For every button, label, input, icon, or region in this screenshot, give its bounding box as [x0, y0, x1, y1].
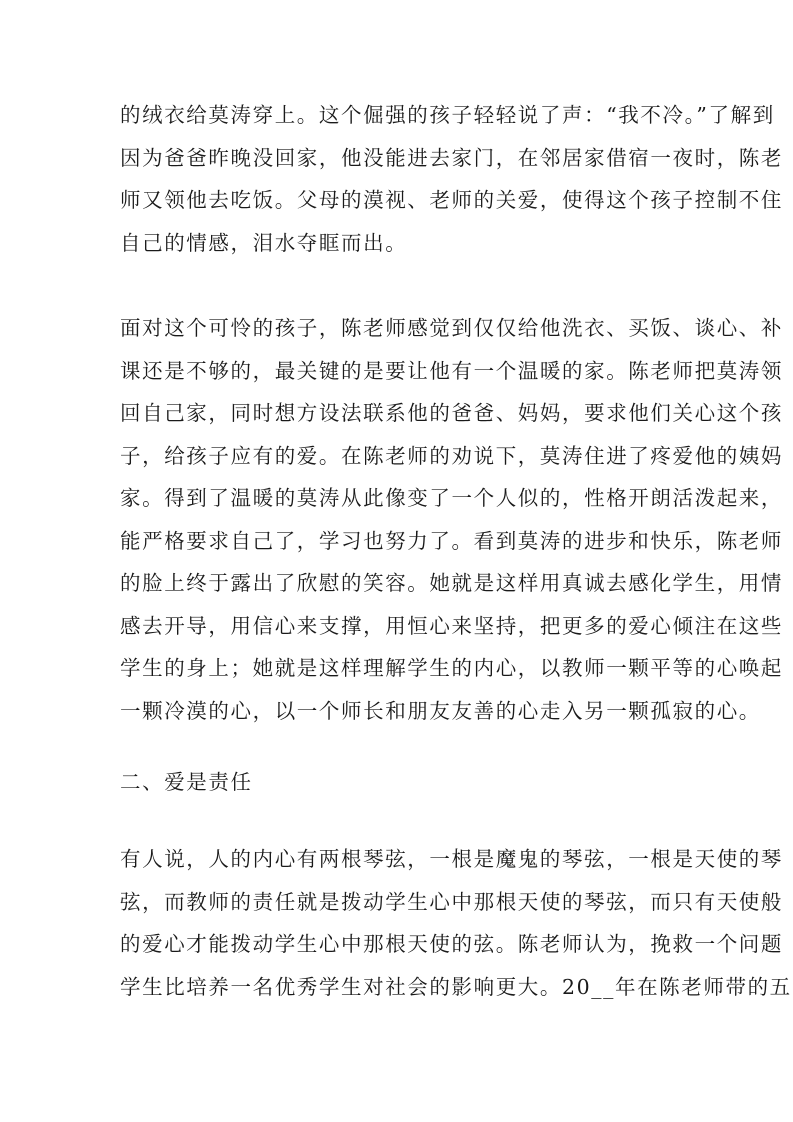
text-line: 自己的情感，泪水夺眶而出。: [120, 229, 676, 257]
text-line: 的脸上终于露出了欣慰的笑容。她就是这样用真诚去感化学生，用情: [120, 569, 676, 597]
text-line: 回自己家，同时想方设法联系他的爸爸、妈妈，要求他们关心这个孩: [120, 399, 676, 427]
document-page: 的绒衣给莫涛穿上。这个倔强的孩子轻轻说了声：“我不冷。”了解到 因为爸爸昨晚没回…: [0, 0, 793, 1122]
text-line: 家。得到了温暖的莫涛从此像变了一个人似的，性格开朗活泼起来，: [120, 484, 676, 512]
text-line: 学生比培养一名优秀学生对社会的影响更大。20__年在陈老师带的五: [120, 973, 676, 1001]
text-line: 一颗冷漠的心，以一个师长和朋友友善的心走入另一颗孤寂的心。: [120, 697, 676, 725]
text-line: 因为爸爸昨晚没回家，他没能进去家门，在邻居家借宿一夜时，陈老: [120, 144, 676, 172]
text-line: 子，给孩子应有的爱。在陈老师的劝说下，莫涛住进了疼爱他的姨妈: [120, 442, 676, 470]
text-line: 能严格要求自己了，学习也努力了。看到莫涛的进步和快乐，陈老师: [120, 527, 676, 555]
text-line: 感去开导，用信心来支撑，用恒心来坚持，把更多的爱心倾注在这些: [120, 612, 676, 640]
heading-text: 二、爱是责任: [120, 768, 676, 796]
text-line: 弦，而教师的责任就是拨动学生心中那根天使的琴弦，而只有天使般: [120, 888, 676, 916]
text-line: 的绒衣给莫涛穿上。这个倔强的孩子轻轻说了声：“我不冷。”了解到: [120, 101, 676, 129]
text-line: 师又领他去吃饭。父母的漠视、老师的关爱，使得这个孩子控制不住: [120, 186, 676, 214]
text-line: 学生的身上；她就是这样理解学生的内心，以教师一颗平等的心唤起: [120, 654, 676, 682]
text-line: 课还是不够的，最关键的是要让他有一个温暖的家。陈老师把莫涛领: [120, 357, 676, 385]
text-line: 的爱心才能拨动学生心中那根天使的弦。陈老师认为，挽救一个问题: [120, 930, 676, 958]
text-line: 有人说，人的内心有两根琴弦，一根是魔鬼的琴弦，一根是天使的琴: [120, 845, 676, 873]
text-line: 面对这个可怜的孩子，陈老师感觉到仅仅给他洗衣、买饭、谈心、补: [120, 314, 676, 342]
